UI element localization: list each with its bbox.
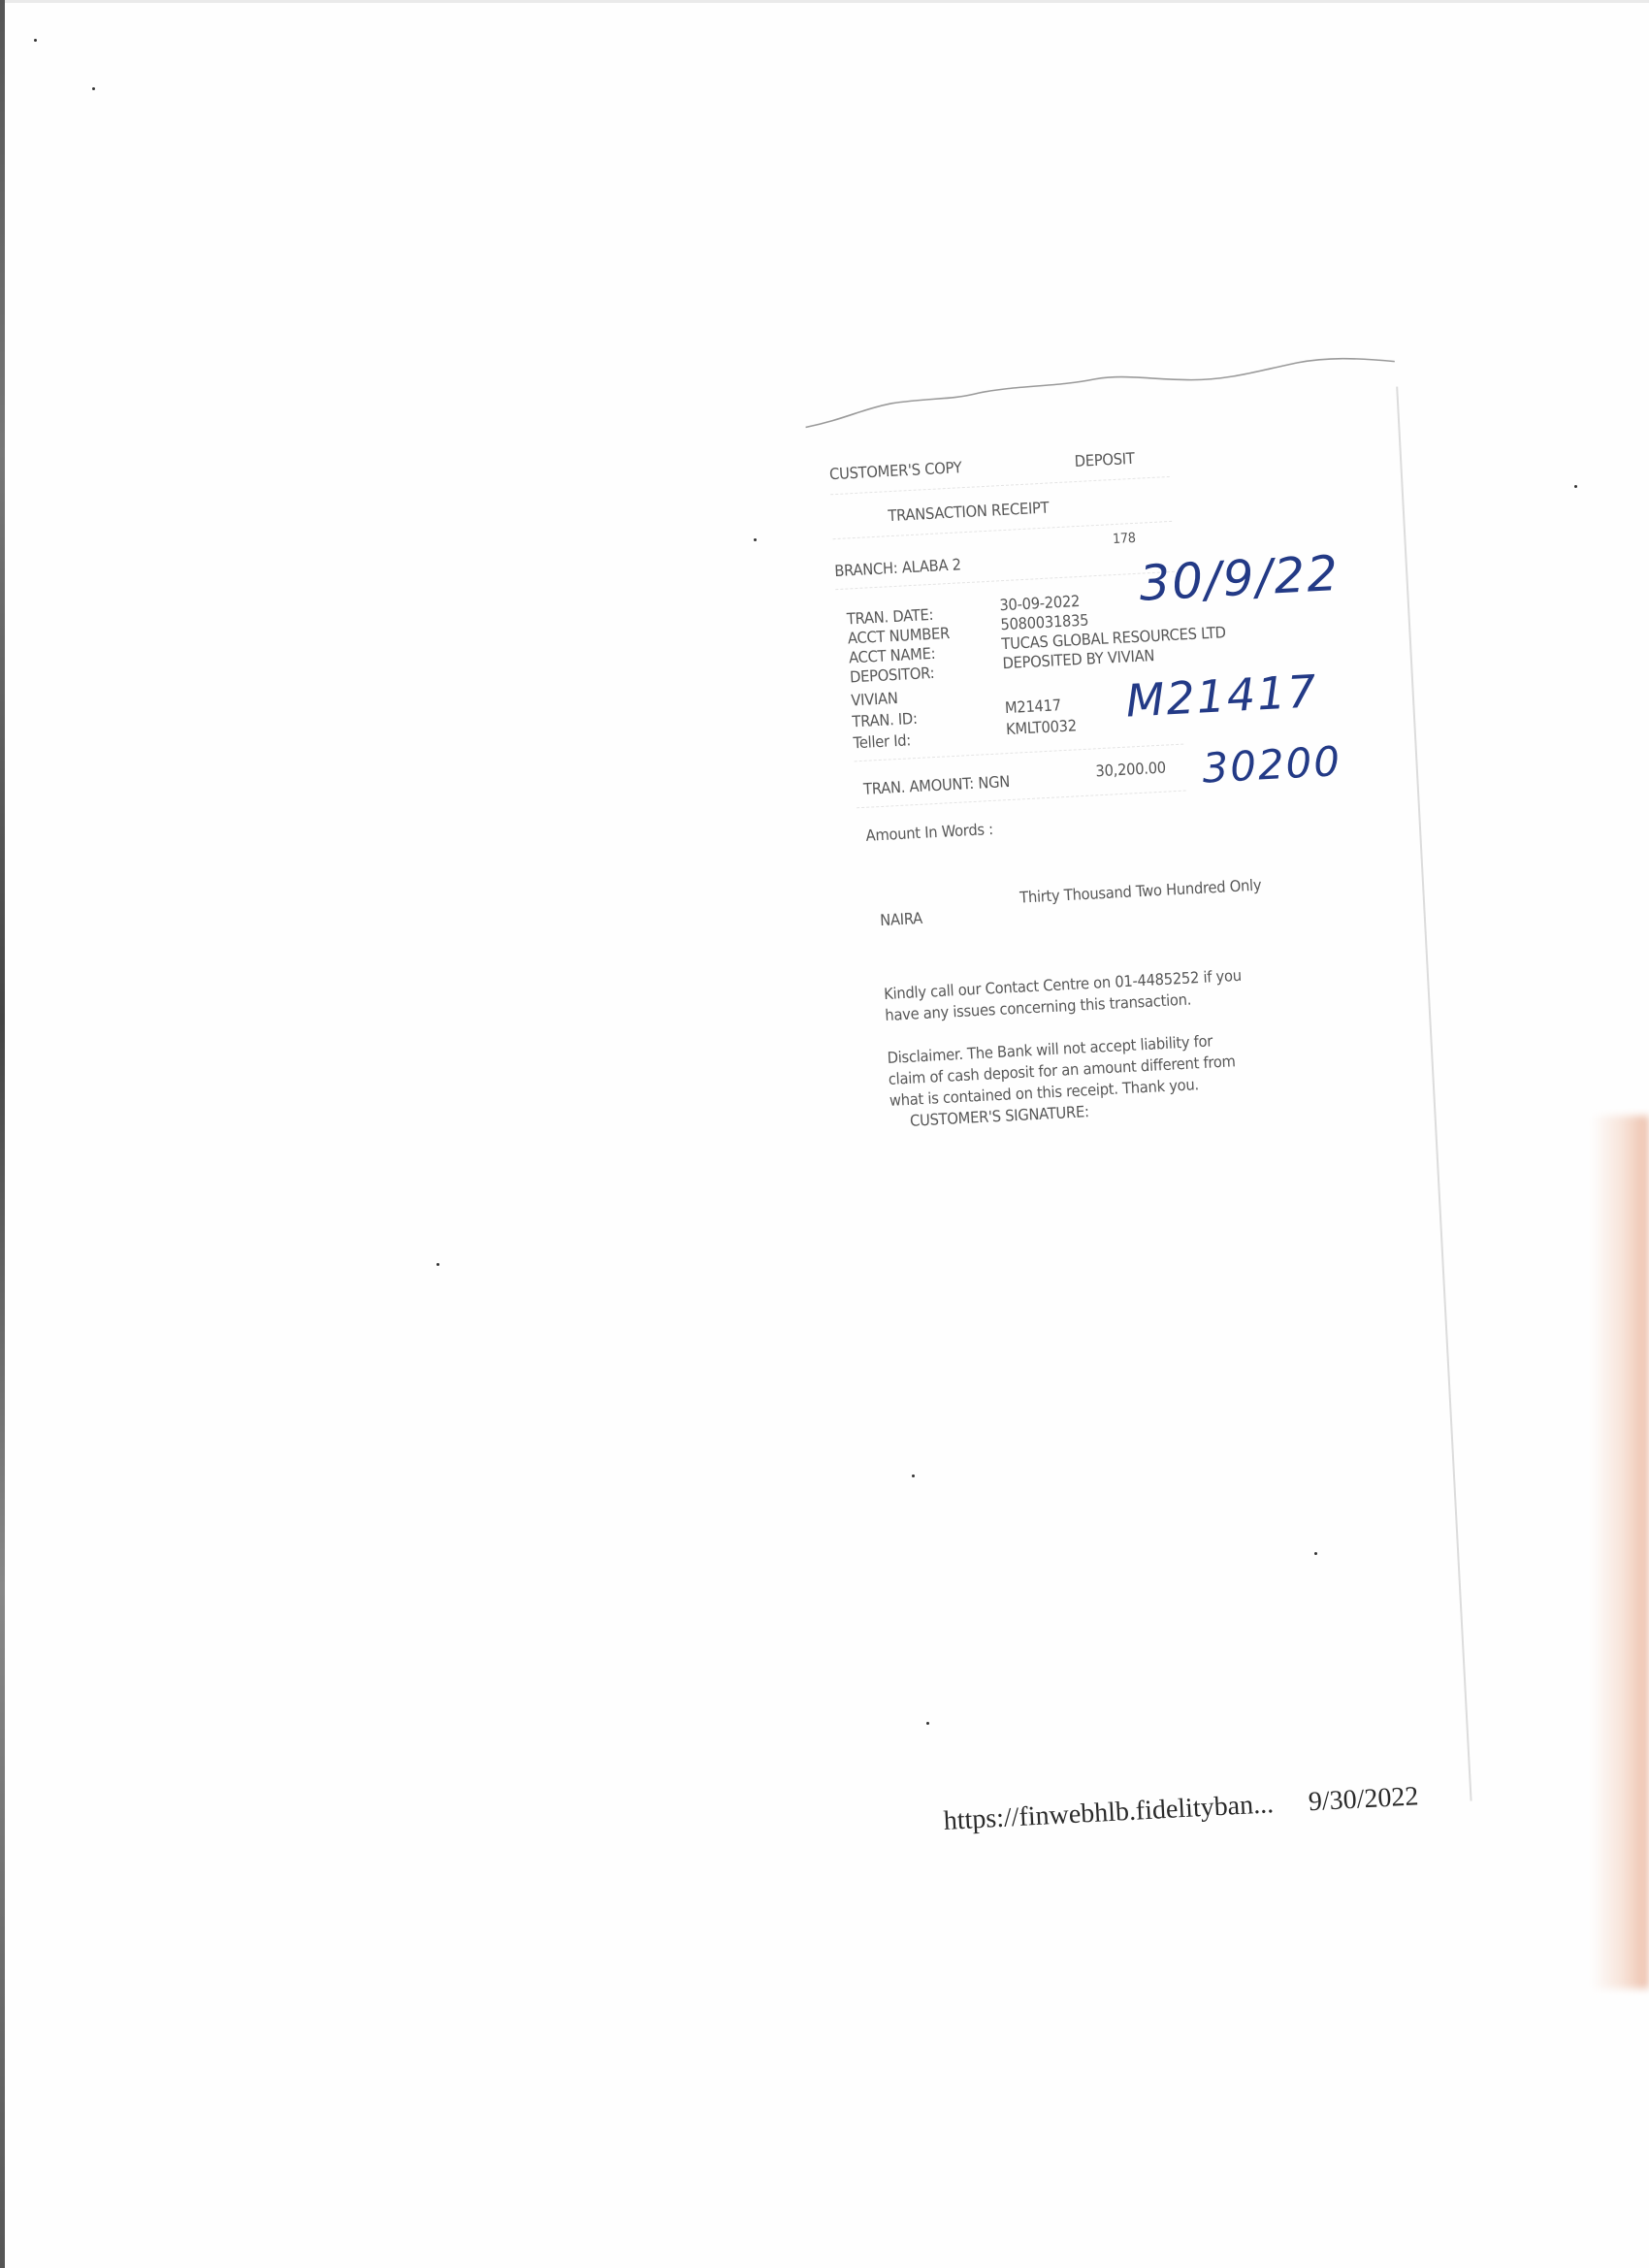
currency-word: NAIRA [880,909,923,929]
speck [1574,485,1577,488]
handwritten-amount: 30200 [1201,737,1342,792]
amount-value: 30,200.00 [1095,759,1166,781]
transaction-type: DEPOSIT [1074,449,1135,470]
branch-code: 178 [1113,531,1137,547]
speck [436,1263,439,1266]
speck [34,39,37,42]
deposit-receipt: CUSTOMER'S COPY DEPOSIT TRANSACTION RECE… [815,387,1470,1812]
scan-left-edge [0,0,5,2268]
field-value: KMLT0032 [1006,716,1078,738]
paper-stain [1591,1116,1649,1989]
handwritten-date: 30/9/22 [1138,545,1342,612]
speck [92,87,95,90]
field-label: Teller Id: [853,730,911,752]
print-date: 9/30/2022 [1308,1781,1419,1817]
field-label: VIVIAN [851,689,898,709]
handwritten-tran-id: M21417 [1124,664,1319,727]
speck [754,538,757,541]
field-label: TRAN. ID: [852,709,918,730]
field-value: M21417 [1004,696,1061,717]
scan-top-edge [0,0,1649,3]
